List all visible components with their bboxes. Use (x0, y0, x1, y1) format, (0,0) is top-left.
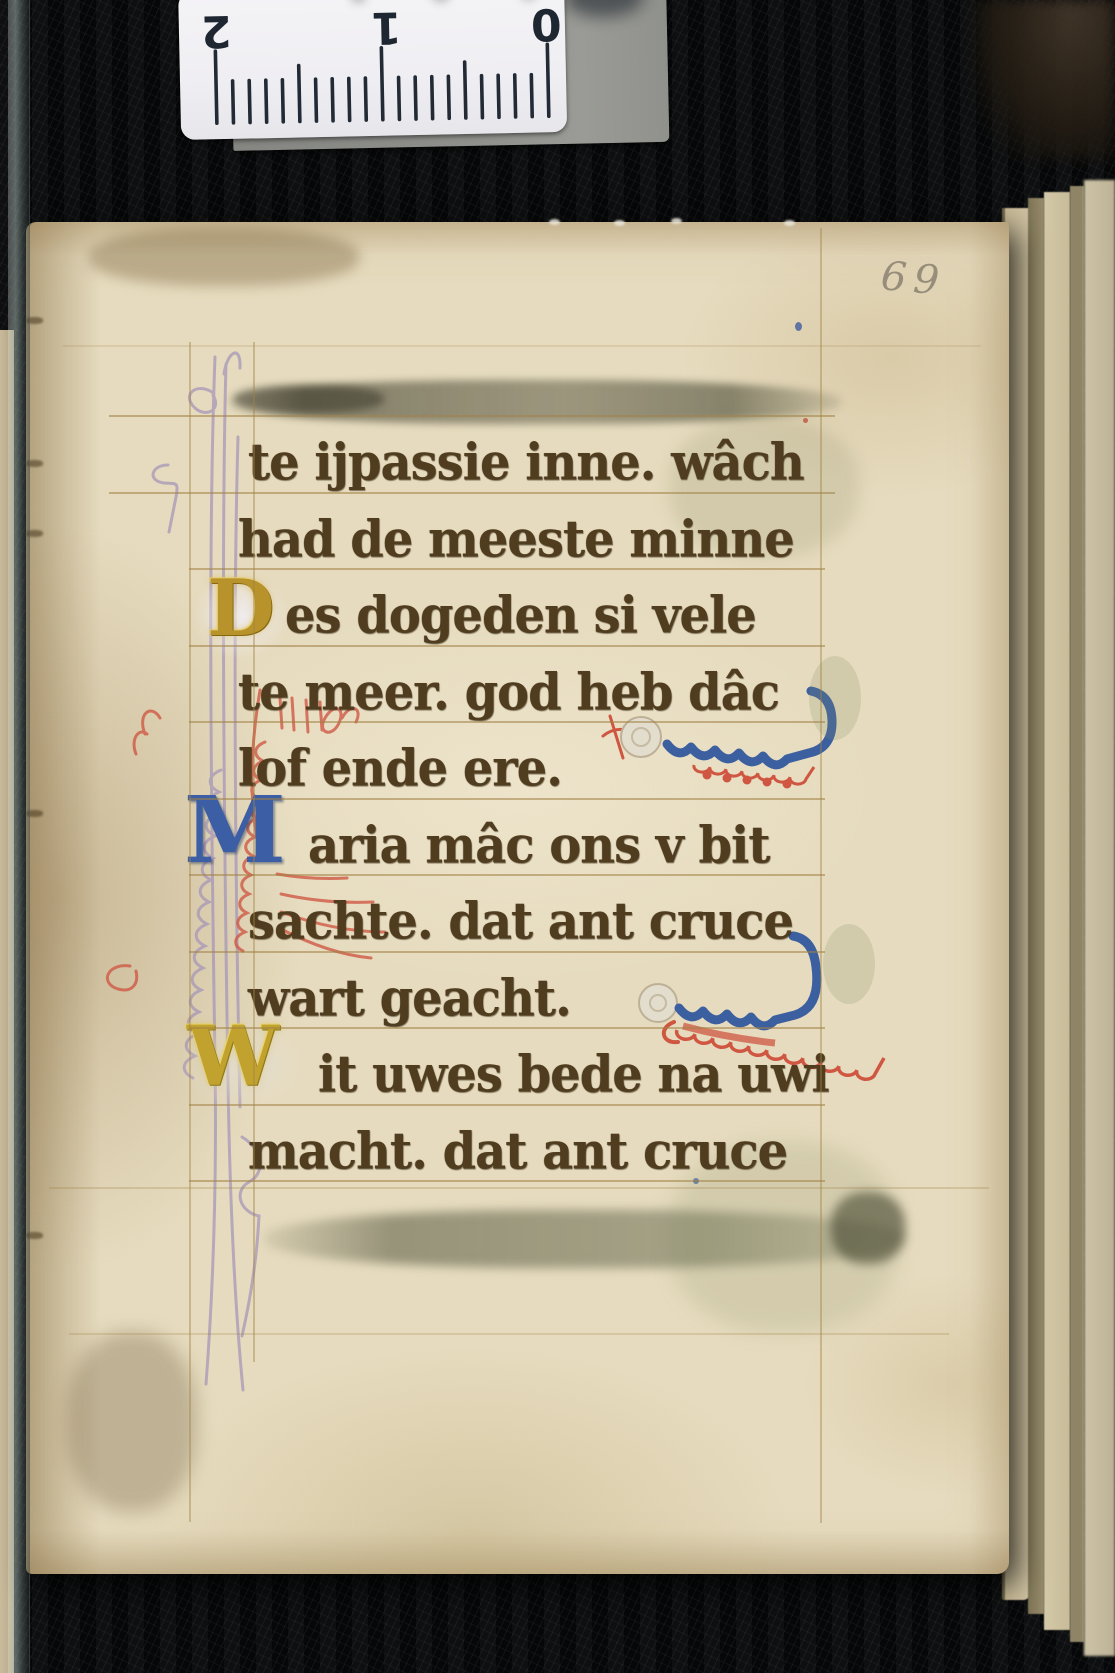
ruling-line-vertical (253, 342, 255, 1362)
manuscript-text-line: it uwes bede na uwi (318, 1045, 829, 1104)
blurred-book-edge (975, 0, 1115, 160)
ruler-tick (399, 77, 400, 119)
ruling-line (189, 721, 825, 723)
ruler-tick (299, 65, 300, 121)
ruling-line (189, 645, 825, 647)
glass-strip (8, 0, 30, 1673)
ruler-tick (531, 75, 532, 117)
page-stack-edge (1028, 198, 1044, 1614)
ruler-tick (266, 80, 267, 122)
ruling-line (189, 874, 825, 876)
parchment-fibre (614, 220, 625, 226)
ruler-tick (282, 80, 283, 122)
ruler-label-1: 1 (370, 1, 402, 53)
manuscript-text-line: macht. dat ant cruce (248, 1122, 787, 1181)
ruler-tick (332, 79, 333, 121)
manuscript-text-line: lof ende ere. (238, 739, 562, 798)
ruler-tick (432, 77, 433, 119)
ruler-tick (233, 81, 234, 123)
ruling-line (189, 1104, 825, 1106)
manuscript-text-line: aria mâc ons v bit (308, 816, 769, 875)
illuminated-initial-d: D (207, 570, 275, 648)
ruling-line (189, 798, 825, 800)
ruling-line-vertical (189, 342, 191, 1522)
scale-ruler-group: 2 1 0 (178, 0, 672, 166)
ruler-label-2: 2 (200, 5, 232, 57)
ruler-tick (249, 81, 250, 123)
ruling-line (189, 951, 825, 953)
page-stack-edge (1044, 192, 1070, 1630)
ruling-line (109, 415, 835, 417)
parchment-fibre (784, 220, 795, 226)
ruling-line-full (63, 345, 981, 347)
ruler-tick (365, 78, 366, 120)
ruler-tick (316, 79, 317, 121)
pigment-speck (795, 322, 802, 331)
ruler-label-0: 0 (530, 0, 562, 50)
manuscript-text-line: sachte. dat ant cruce (248, 892, 793, 951)
ruling-line-vertical (820, 228, 822, 1523)
page-stack-edge (1084, 180, 1115, 1656)
ruler-tick (547, 44, 549, 116)
ruler-tick (482, 76, 483, 118)
manuscript-text-line: te ijpassie inne. wâch (248, 433, 804, 492)
page-stack-edge (1070, 186, 1084, 1642)
ruler-tick (515, 75, 516, 117)
photo-of-manuscript: 2 1 0 69 (0, 0, 1115, 1673)
ruler-tick (448, 76, 449, 118)
ruler-tick (349, 78, 350, 120)
parchment-fibre (671, 218, 682, 224)
ruler-tick (415, 77, 416, 119)
ruling-line (189, 1180, 825, 1182)
ruling-line (109, 492, 835, 494)
ruling-line-full (69, 1333, 949, 1335)
manuscript-text-line: es dogeden si vele (285, 586, 756, 645)
ruler-tick (381, 48, 383, 120)
manuscript-text-line: te meer. god heb dâc (238, 663, 779, 722)
parchment-fibre (549, 219, 560, 225)
scale-ruler: 2 1 0 (178, 0, 567, 140)
ruler-tick (465, 62, 466, 118)
ruling-line (189, 568, 825, 570)
manuscript-text-line: wart geacht. (248, 969, 571, 1028)
manuscript-text-line: had de meeste minne (238, 510, 794, 569)
ruler-tick (498, 75, 499, 117)
ruling-line (189, 1027, 825, 1029)
manuscript-page: 69 (26, 222, 1009, 1574)
pigment-speck (803, 418, 808, 423)
ruler-tick (215, 51, 217, 123)
